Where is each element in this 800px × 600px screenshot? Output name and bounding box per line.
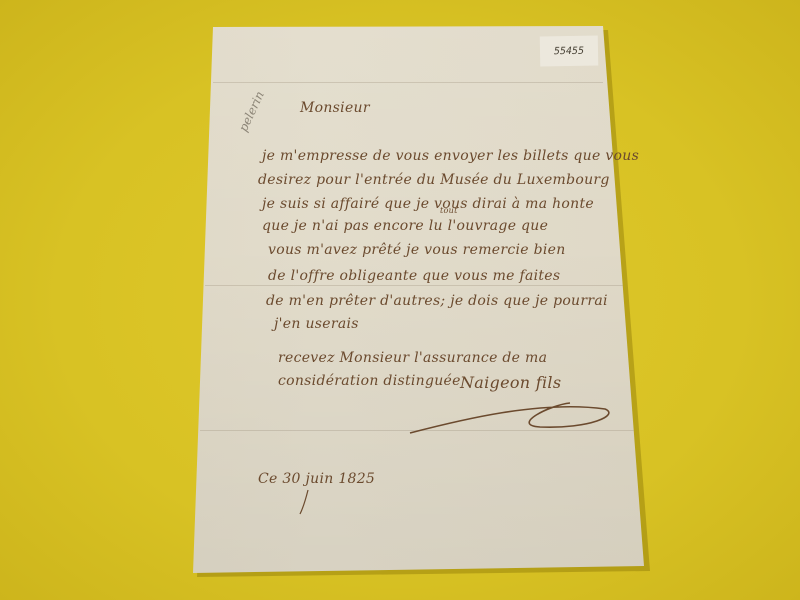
body-line: de m'en prêter d'autres; je dois que je … [266, 293, 608, 309]
salutation: Monsieur [300, 100, 370, 116]
body-line: vous m'avez prêté je vous remercie bien [268, 242, 566, 258]
letter-date: Ce 30 juin 1825 [258, 471, 375, 487]
body-line: que je n'ai pas encore lu l'ouvrage que [262, 218, 548, 234]
date-flourish [296, 488, 316, 518]
signature-flourish [400, 395, 620, 445]
signature: Naigeon fils [460, 373, 561, 392]
inventory-label: 55455 [540, 35, 599, 66]
body-line: desirez pour l'entrée du Musée du Luxemb… [258, 172, 610, 188]
body-line: de l'offre obligeante que vous me faites [268, 268, 560, 284]
body-line: je suis si affairé que je vous dirai à m… [262, 196, 594, 212]
insertion-note: tout [440, 206, 458, 215]
body-line: j'en userais [274, 316, 359, 332]
body-line: je m'empresse de vous envoyer les billet… [262, 148, 639, 164]
paper-fold [205, 285, 625, 286]
paper-fold [213, 82, 603, 83]
closing-line: recevez Monsieur l'assurance de ma [278, 350, 547, 366]
closing-line: considération distinguée [278, 373, 461, 389]
